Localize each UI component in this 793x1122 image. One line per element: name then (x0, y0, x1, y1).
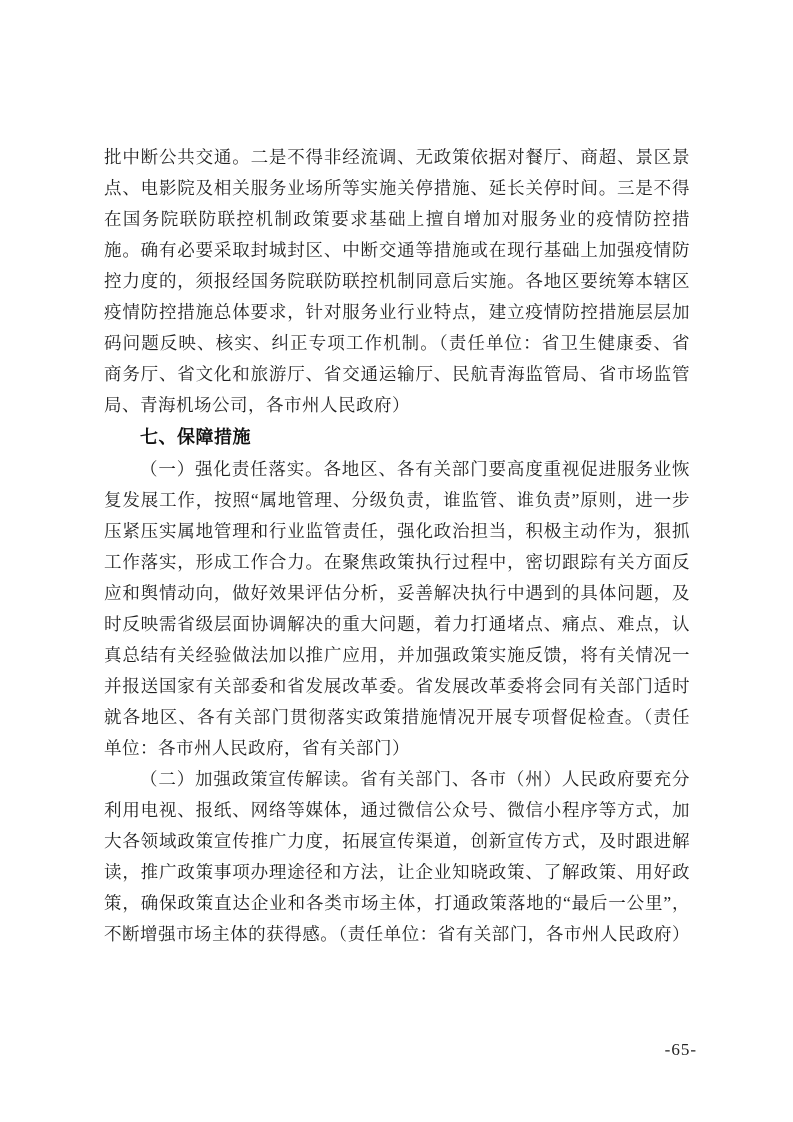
body-line: 在国务院联防联控机制政策要求基础上擅自增加对服务业的疫情防控措 (104, 204, 690, 235)
body-line: 应和舆情动向，做好效果评估分析，妥善解决执行中遇到的具体问题，及 (104, 578, 690, 609)
body-line: 并报送国家有关部委和省发展改革委。省发展改革委将会同有关部门适时 (104, 671, 690, 702)
body-line: 就各地区、各有关部门贯彻落实政策措施情况开展专项督促检查。（责任 (104, 702, 690, 733)
body-line: 施。确有必要采取封城封区、中断交通等措施或在现行基础上加强疫情防 (104, 235, 690, 266)
body-line: 读，推广政策事项办理途径和方法，让企业知晓政策、了解政策、用好政 (104, 857, 690, 888)
body-line: 单位：各市州人民政府，省有关部门） (104, 733, 690, 764)
paragraph-1: （一）强化责任落实。各地区、各有关部门要高度重视促进服务业恢 复发展工作，按照“… (104, 454, 690, 764)
body-line: 复发展工作，按照“属地管理、分级负责，谁监管、谁负责”原则，进一步 (104, 485, 690, 516)
body-line: 码问题反映、核实、纠正专项工作机制。（责任单位：省卫生健康委、省 (104, 328, 690, 359)
body-line: 工作落实，形成工作合力。在聚焦政策执行过程中，密切跟踪有关方面反 (104, 547, 690, 578)
body-line: 真总结有关经验做法加以推广应用，并加强政策实施反馈，将有关情况一 (104, 640, 690, 671)
body-line: 局、青海机场公司，各市州人民政府） (104, 390, 690, 421)
body-line: 时反映需省级层面协调解决的重大问题，着力打通堵点、痛点、难点，认 (104, 609, 690, 640)
page-number: -65- (665, 1040, 697, 1060)
body-line: 大各领域政策宣传推广力度，拓展宣传渠道，创新宣传方式，及时跟进解 (104, 826, 690, 857)
body-line: 疫情防控措施总体要求，针对服务业行业特点，建立疫情防控措施层层加 (104, 297, 690, 328)
body-line: 批中断公共交通。二是不得非经流调、无政策依据对餐厅、商超、景区景 (104, 142, 690, 173)
body-line: （二）加强政策宣传解读。省有关部门、各市（州）人民政府要充分 (104, 764, 690, 795)
section-heading: 七、保障措施 (104, 421, 690, 454)
paragraph-continuation: 批中断公共交通。二是不得非经流调、无政策依据对餐厅、商超、景区景 点、电影院及相… (104, 142, 690, 421)
body-line: 商务厅、省文化和旅游厅、省交通运输厅、民航青海监管局、省市场监管 (104, 359, 690, 390)
body-line: （一）强化责任落实。各地区、各有关部门要高度重视促进服务业恢 (104, 454, 690, 485)
body-line: 利用电视、报纸、网络等媒体，通过微信公众号、微信小程序等方式，加 (104, 795, 690, 826)
body-line: 不断增强市场主体的获得感。（责任单位：省有关部门，各市州人民政府） (104, 919, 690, 950)
document-page: 批中断公共交通。二是不得非经流调、无政策依据对餐厅、商超、景区景 点、电影院及相… (0, 0, 793, 1122)
body-line: 压紧压实属地管理和行业监管责任，强化政治担当，积极主动作为，狠抓 (104, 516, 690, 547)
body-line: 控力度的，须报经国务院联防联控机制同意后实施。各地区要统筹本辖区 (104, 266, 690, 297)
text-block: 批中断公共交通。二是不得非经流调、无政策依据对餐厅、商超、景区景 点、电影院及相… (104, 142, 690, 950)
body-line: 点、电影院及相关服务业场所等实施关停措施、延长关停时间。三是不得 (104, 173, 690, 204)
paragraph-2: （二）加强政策宣传解读。省有关部门、各市（州）人民政府要充分 利用电视、报纸、网… (104, 764, 690, 950)
body-line: 策，确保政策直达企业和各类市场主体，打通政策落地的“最后一公里”， (104, 888, 690, 919)
